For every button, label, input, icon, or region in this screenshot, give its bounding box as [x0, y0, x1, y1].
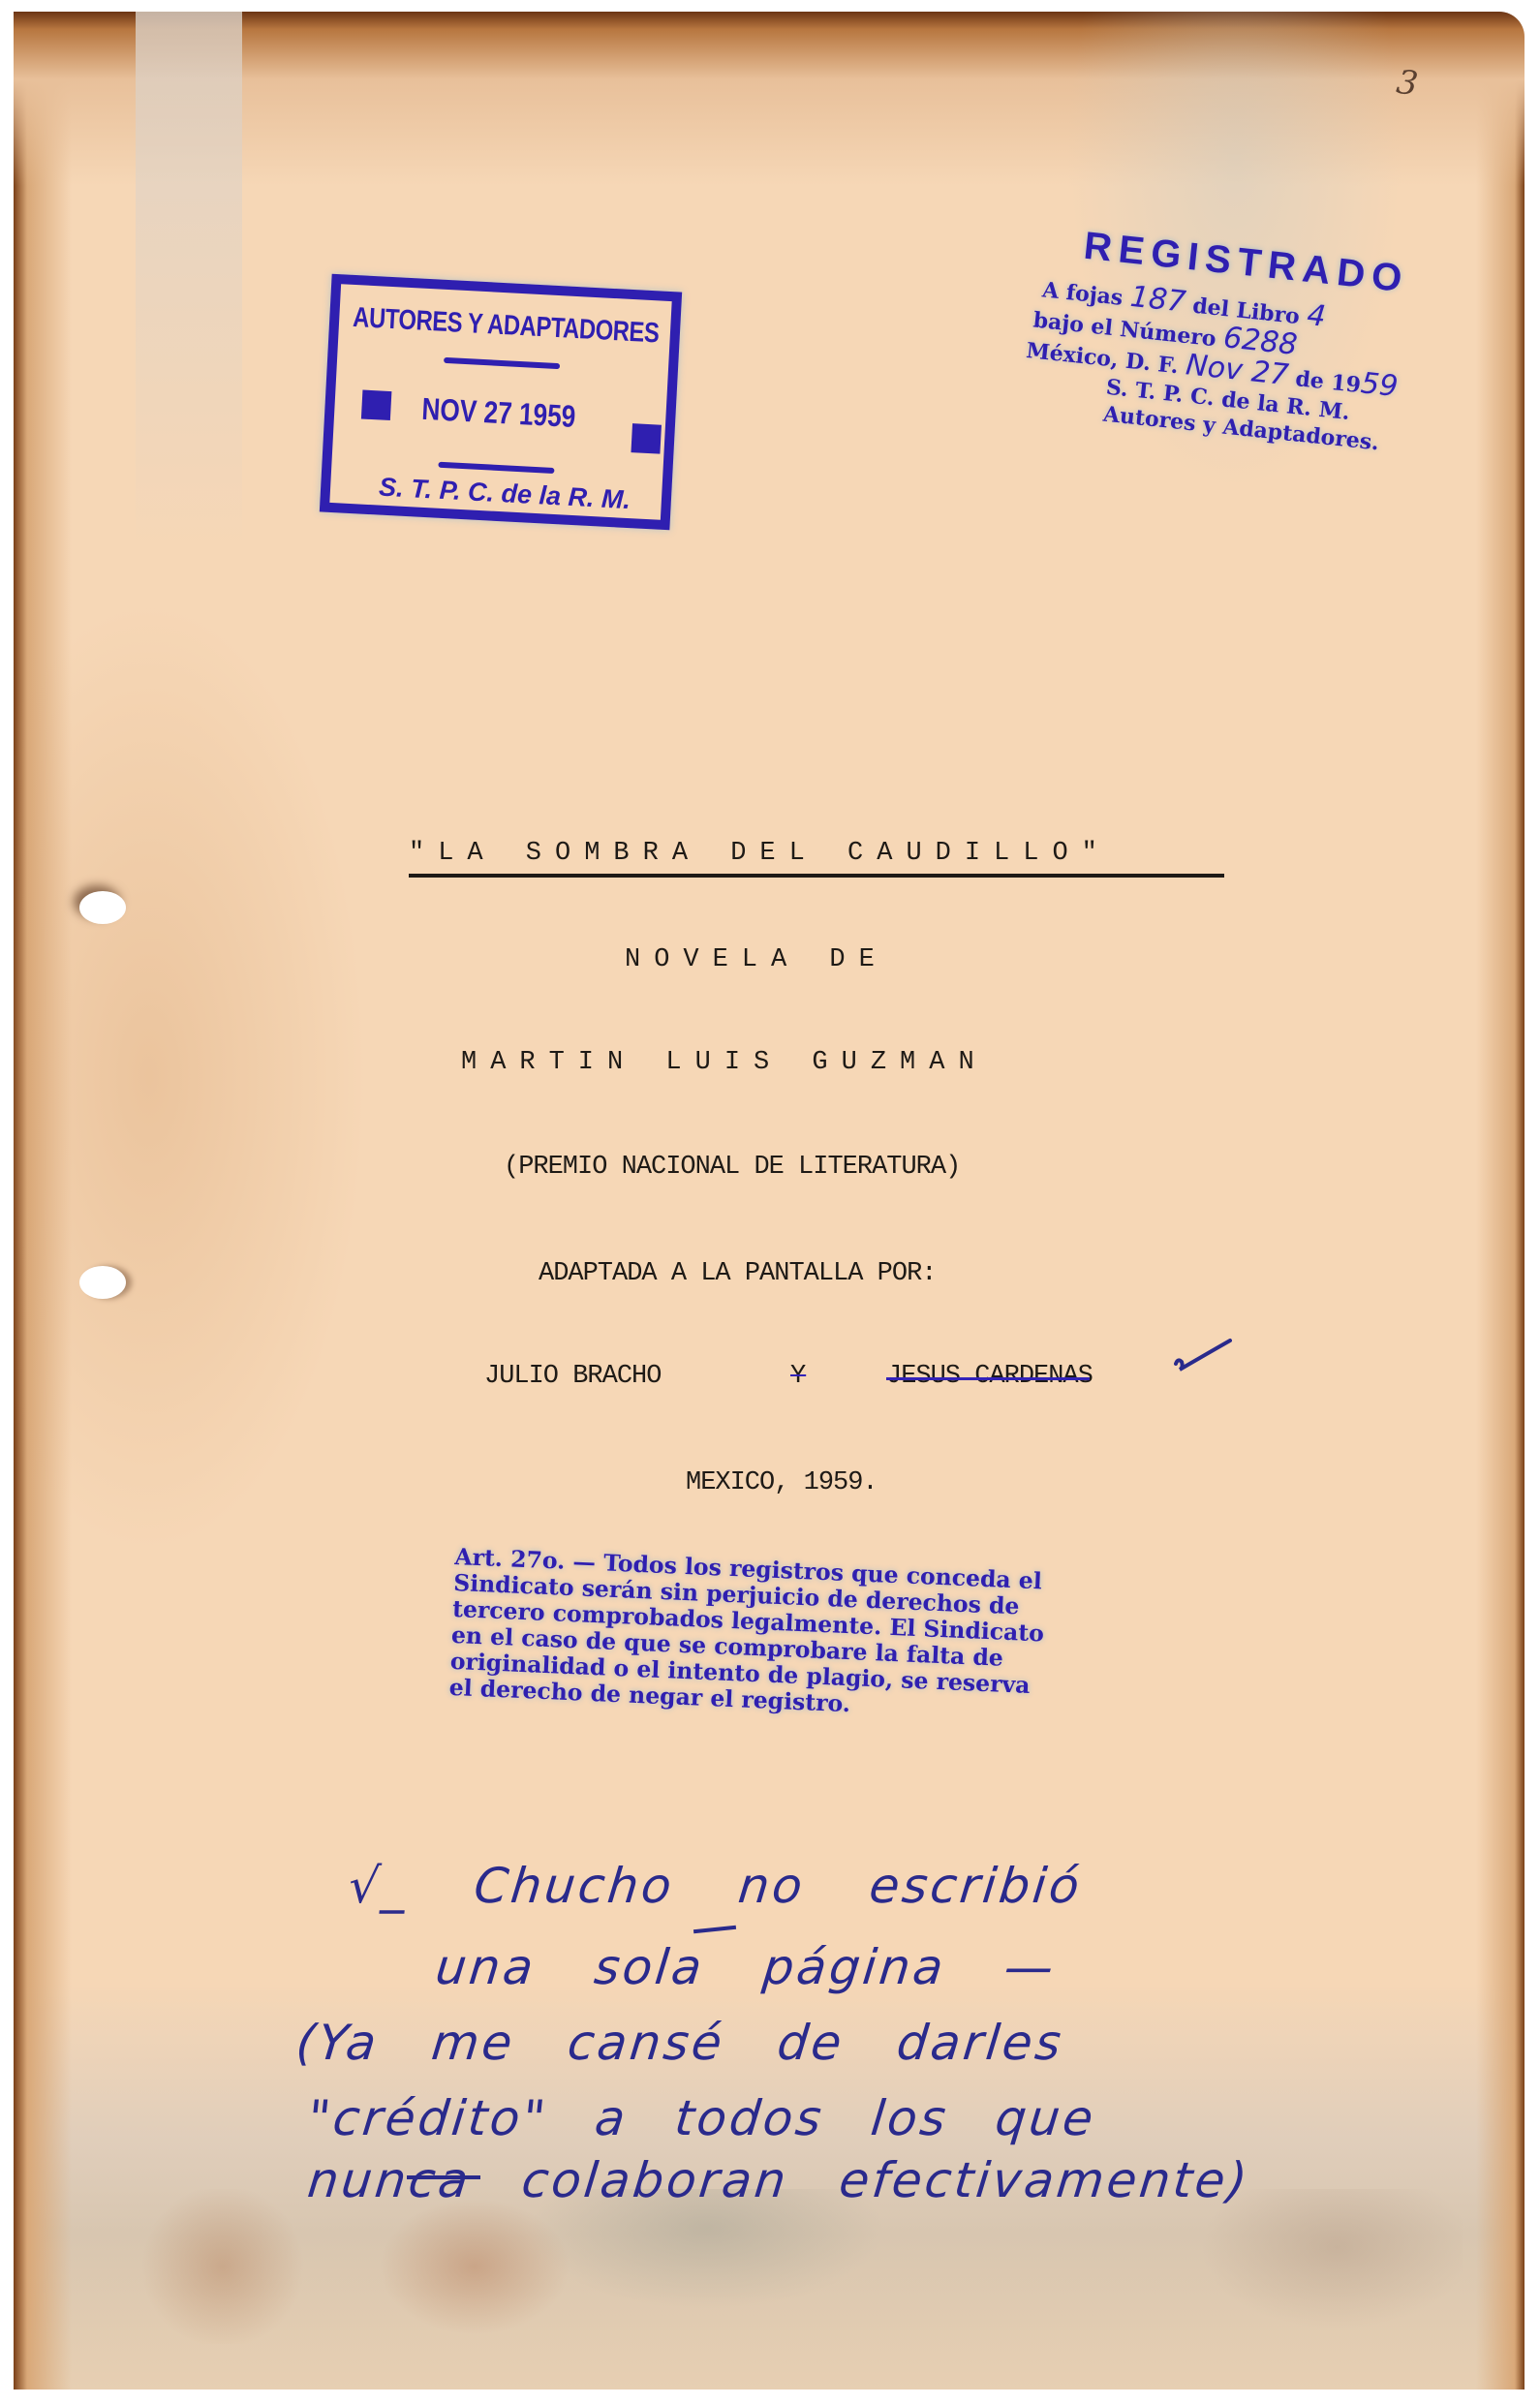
- received-stamp: AUTORES Y ADAPTADORES NOV 27 1959 S. T. …: [320, 274, 682, 531]
- punch-hole: [79, 1266, 126, 1299]
- registered-stamp: REGISTRADO A fojas 187 del Libro 4 bajo …: [1006, 219, 1493, 499]
- handwritten-line: √_ Chucho no escribió: [346, 1858, 1085, 1914]
- libro-value: 4: [1306, 298, 1328, 334]
- punch-hole: [79, 891, 126, 924]
- strikethrough-line: [886, 1377, 1090, 1380]
- handwritten-underline: [407, 2175, 480, 2179]
- handwritten-line: "crédito" a todos los que: [305, 2090, 1098, 2146]
- author-name: MARTIN LUIS GUZMAN: [461, 1048, 988, 1077]
- water-stain: [136, 12, 242, 554]
- stamp-square-mark: [361, 390, 392, 421]
- adapted-by-line: ADAPTADA A LA PANTALLA POR:: [539, 1259, 936, 1288]
- stamp-square-mark: [631, 423, 662, 454]
- handwritten-line: (Ya me cansé de darles: [293, 2015, 1066, 2071]
- stamp-ornament: [438, 462, 554, 474]
- award-line: (PREMIO NACIONAL DE LITERATURA): [504, 1153, 960, 1182]
- title-underline: [409, 874, 1224, 878]
- stamp-ornament: [444, 357, 560, 369]
- stamp-date: NOV 27 1959: [421, 391, 577, 435]
- stamp-organization: S. T. P. C. de la R. M.: [378, 473, 631, 516]
- stamp-heading: AUTORES Y ADAPTADORES: [352, 302, 607, 348]
- document-title: "LA SOMBRA DEL CAUDILLO": [409, 839, 1111, 868]
- checkmark-icon: [1174, 1335, 1232, 1373]
- struck-conjunction: Y: [790, 1362, 806, 1391]
- year-value: 59: [1359, 366, 1400, 404]
- struck-adapter-name: JESUS CARDENAS: [886, 1362, 1093, 1391]
- handwritten-line: una sola página —: [433, 1939, 1059, 1995]
- year-label: de 19: [1294, 366, 1362, 398]
- adapter-name: JULIO BRACHO: [484, 1362, 661, 1391]
- fecha-label: México, D. F.: [1025, 338, 1180, 379]
- handwritten-line: nunca colaboran efectivamente): [305, 2152, 1252, 2208]
- water-stain-bottom: [29, 2189, 1463, 2344]
- article-stamp: Art. 27o. — Todos los registros que conc…: [448, 1544, 1171, 1731]
- novela-de-line: NOVELA DE: [625, 945, 888, 974]
- place-date: MEXICO, 1959.: [686, 1468, 878, 1497]
